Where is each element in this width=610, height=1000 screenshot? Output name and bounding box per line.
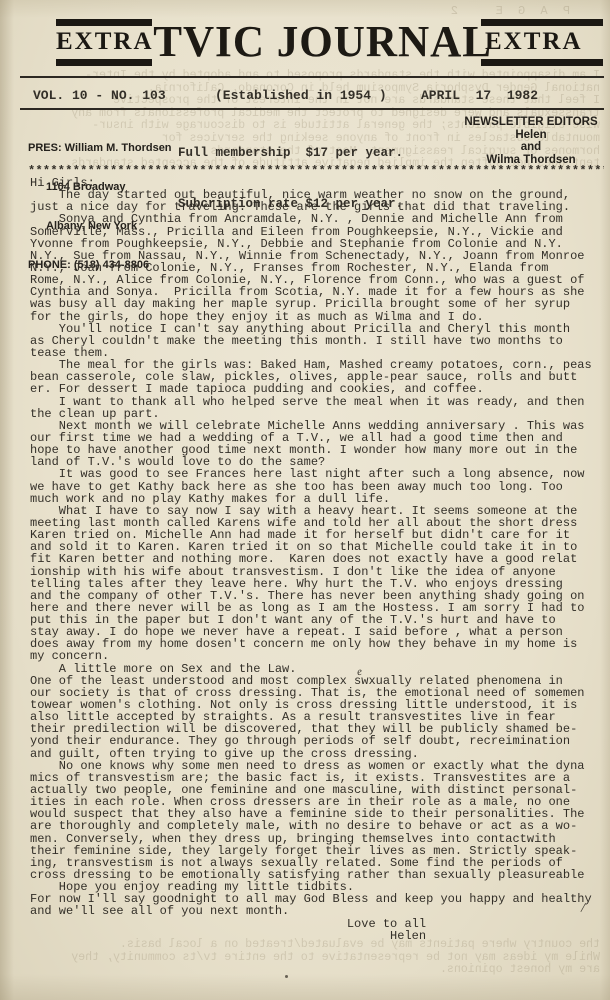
text-line: fit Karen better and nothing more. Karen… — [30, 553, 605, 565]
banner-rule-bottom — [481, 59, 603, 66]
text-line: are thoroughly and completely male, with… — [30, 820, 605, 832]
header-rule — [20, 108, 604, 110]
banner-rule-bottom — [56, 59, 152, 66]
text-line: You'll notice I can't say anything about… — [30, 323, 605, 335]
text-line: I want to thank all who helped serve the… — [30, 396, 605, 408]
extra-banner-left: EXTRA — [56, 19, 152, 66]
text-line: was busy all day making her maple syrup.… — [30, 298, 605, 310]
letterhead-info: PRES: William M. Thordsen 1104 Broadway … — [0, 115, 610, 167]
text-line: It was good to see Frances here last nig… — [30, 468, 605, 480]
text-line: we have to get Kathy back here as she to… — [30, 481, 605, 493]
text-line: as Cheryl couldn't make the meeting this… — [30, 335, 605, 347]
text-line: Love to all — [30, 918, 605, 930]
newsletter-editors: NEWSLETTER EDITORS Helen and Wilma Thord… — [460, 116, 602, 166]
asterisk-divider: ****************************************… — [28, 164, 604, 178]
full-membership-rate: Full membership $17 per year. — [178, 146, 403, 160]
text-line: yond their endurance. They go through pe… — [30, 735, 605, 747]
bleedthrough-bottom-text: the country where patients may be evalua… — [14, 939, 600, 977]
extra-label: EXTRA — [481, 26, 603, 59]
volume-number: VOL. 10 - NO. 103 — [33, 88, 166, 103]
text-line: are my honest opinions. — [14, 964, 600, 977]
newsletter-title: TVIC JOURNAL — [153, 16, 467, 67]
text-line: Sonya and Cynthia from Ancramdale, N.Y. … — [30, 213, 605, 225]
text-line: Somerville, Mass., Pricilla and Eileen f… — [30, 226, 605, 238]
text-line: the clean up part. — [30, 408, 605, 420]
letter-body: Hi Girls: The day started out beautiful,… — [30, 177, 605, 942]
paper-speck — [285, 975, 288, 978]
text-line: and guilt, often trying to give up the c… — [30, 748, 605, 760]
text-line: A little more on Sex and the Law. — [30, 663, 605, 675]
editor-name-helen: Helen — [460, 129, 602, 142]
text-line: er. For dessert I made tapioca pudding a… — [30, 383, 605, 395]
header-rule — [20, 76, 604, 78]
editor-and: and — [460, 141, 602, 154]
extra-label: EXTRA — [56, 26, 152, 59]
text-line: for the girls, do hope they enjoy it as … — [30, 311, 605, 323]
text-line: much work and no play Kathy makes for a … — [30, 493, 605, 505]
scanned-newsletter-page: P A G E 2 I am disappointed with the sta… — [0, 0, 610, 1000]
text-line: my concern. — [30, 650, 605, 662]
text-line: Helen — [30, 930, 605, 942]
text-line: While my ideas may not be representative… — [14, 952, 600, 965]
banner-rule-top — [481, 19, 603, 26]
extra-banner-right: EXTRA — [481, 19, 603, 66]
banner-rule-top — [56, 19, 152, 26]
editors-heading: NEWSLETTER EDITORS — [460, 116, 602, 129]
text-line: ionship with his wife about transvestism… — [30, 566, 605, 578]
issue-date: APRIL 17 1982 — [421, 88, 538, 103]
text-line: and we'll see all of you next month. — [30, 905, 605, 917]
president-name: PRES: William M. Thordsen — [28, 142, 172, 155]
text-line: does away from my home dosen't concern m… — [30, 638, 605, 650]
established-note: (Established in 1954 ) — [215, 88, 387, 103]
text-line: men. Conversely, when they dress up, bri… — [30, 833, 605, 845]
text-line: telling tales after they leave here. Why… — [30, 578, 605, 590]
